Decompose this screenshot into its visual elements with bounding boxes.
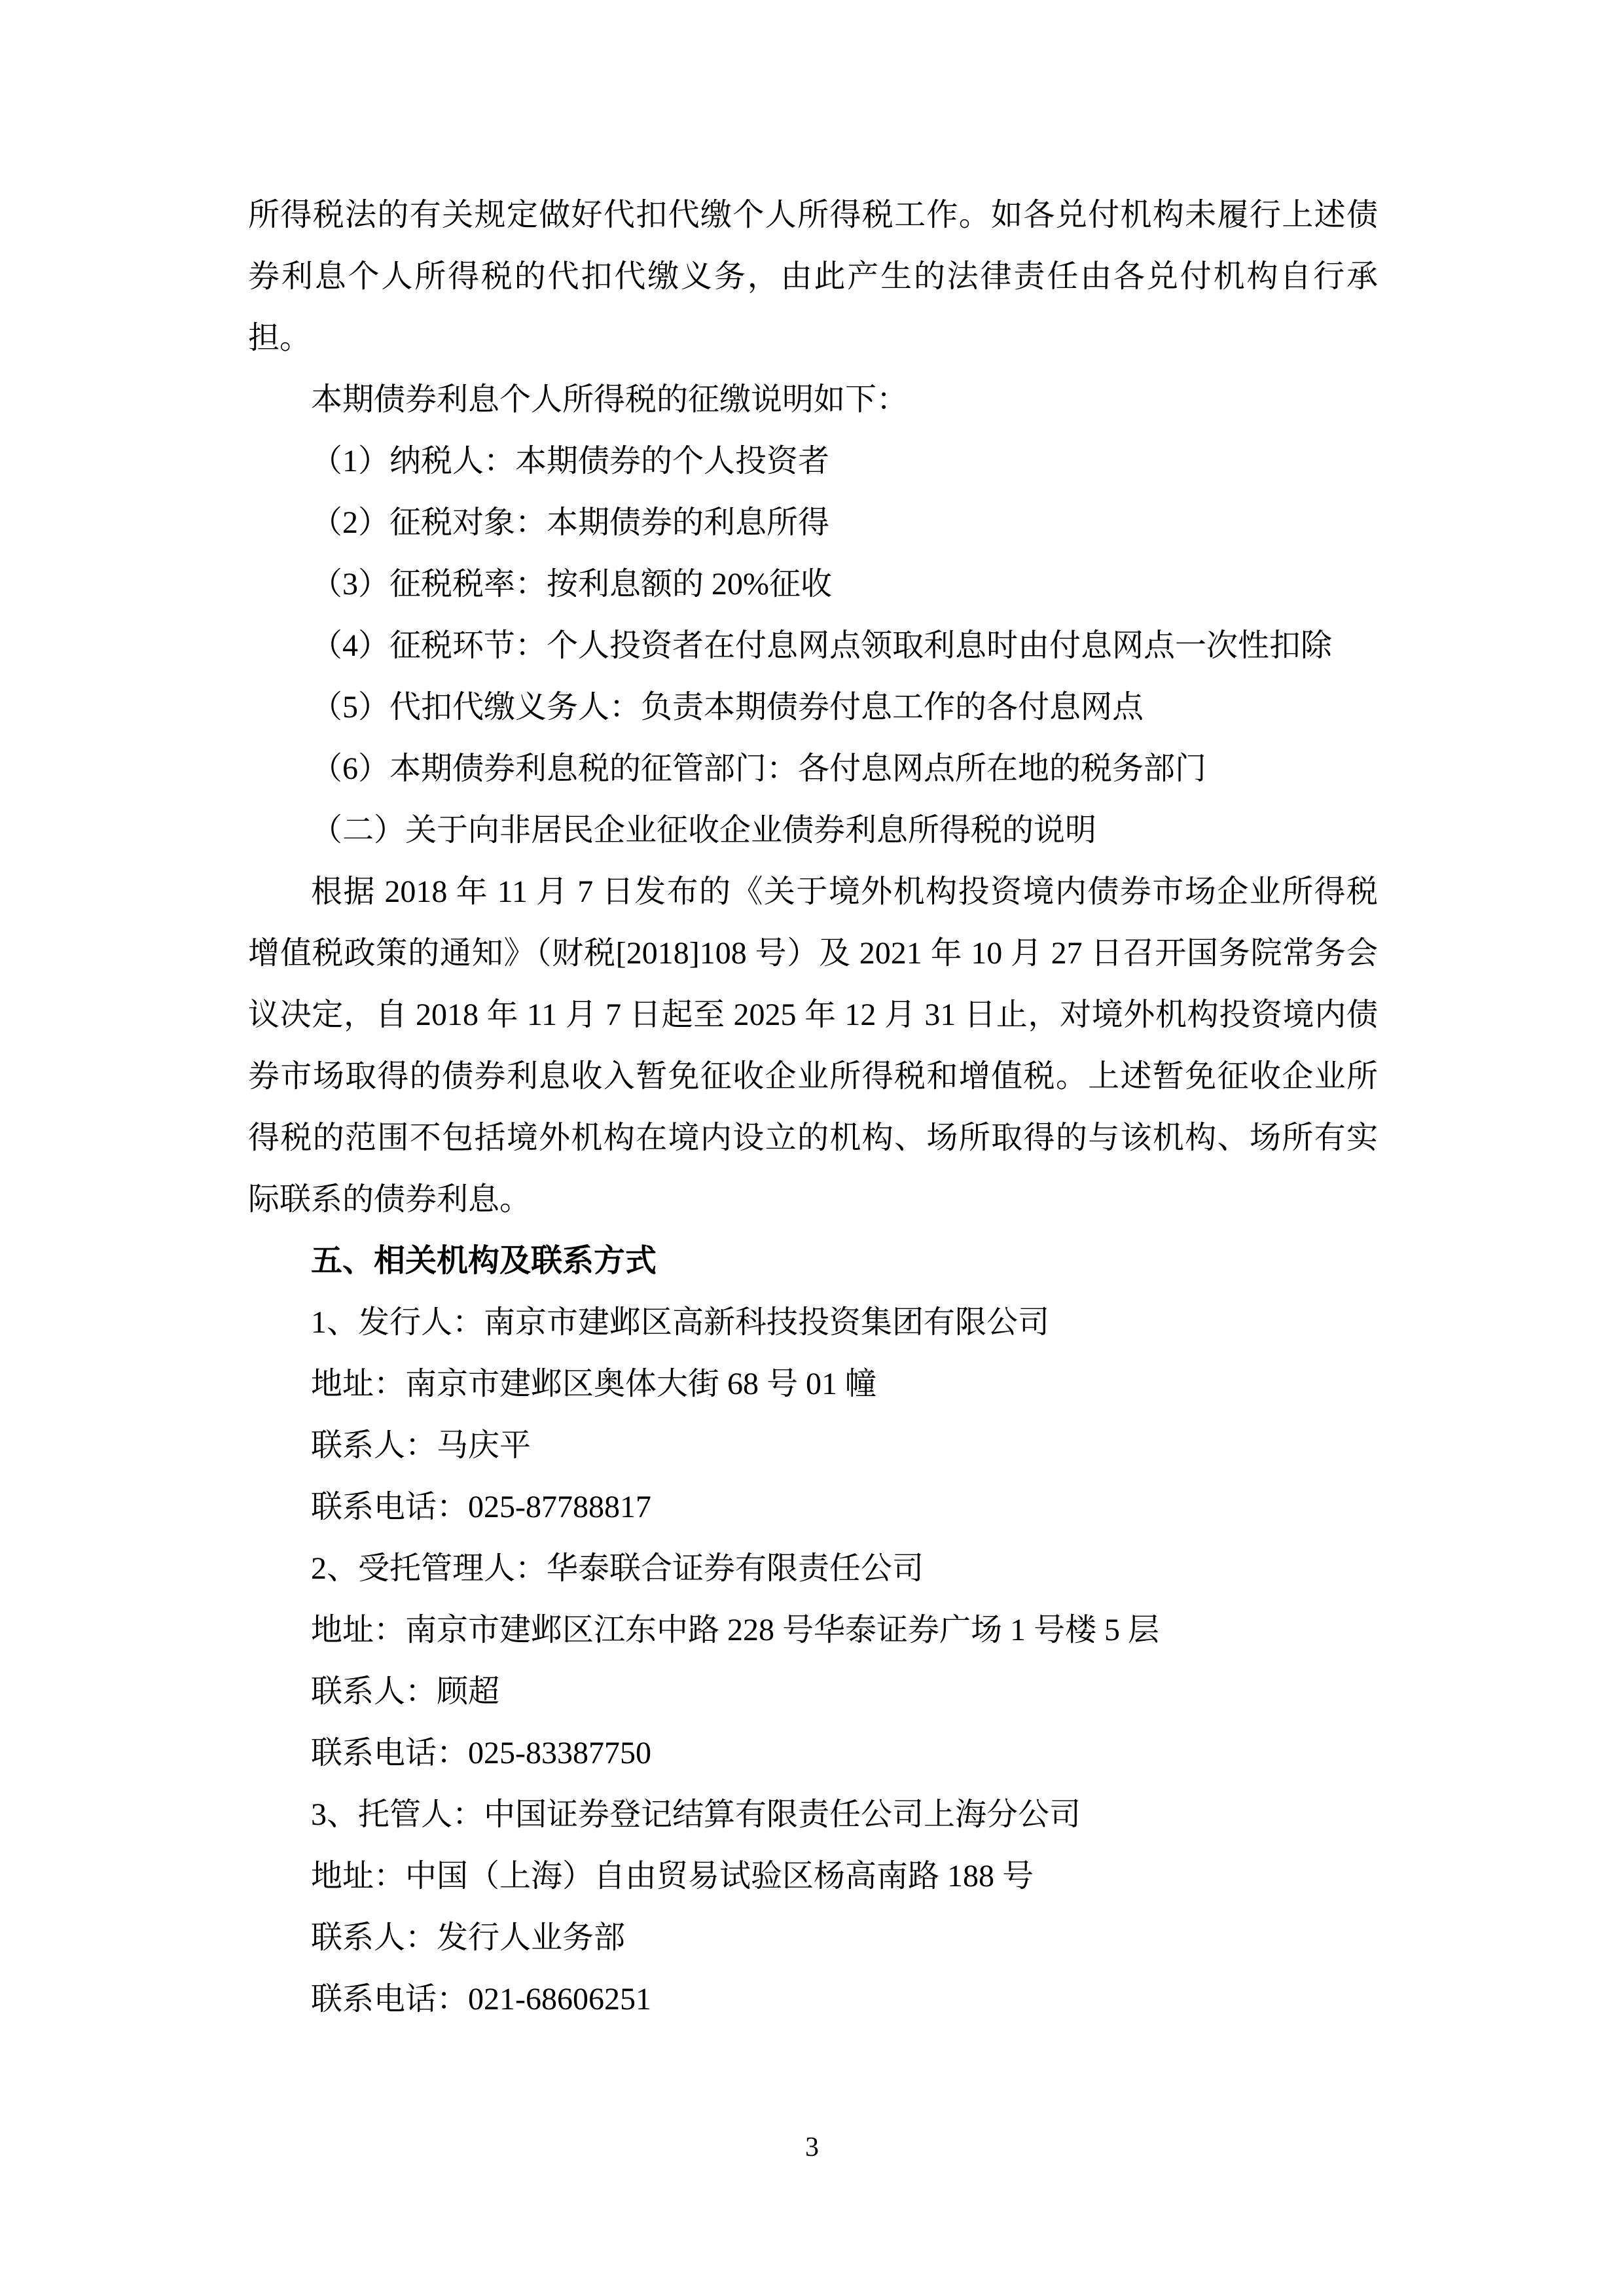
paragraph: 所得税法的有关规定做好代扣代缴个人所得税工作。如各兑付机构未履行上述债券利息个人… xyxy=(248,185,1378,369)
paragraph: 联系人：马庆平 xyxy=(248,1415,1378,1477)
paragraph: 联系电话：025-87788817 xyxy=(248,1477,1378,1538)
paragraph: 3、托管人：中国证券登记结算有限责任公司上海分公司 xyxy=(248,1784,1378,1846)
paragraph: （6）本期债券利息税的征管部门：各付息网点所在地的税务部门 xyxy=(248,738,1378,800)
document-page: 所得税法的有关规定做好代扣代缴个人所得税工作。如各兑付机构未履行上述债券利息个人… xyxy=(0,0,1624,2296)
paragraph: （1）纳税人：本期债券的个人投资者 xyxy=(248,431,1378,492)
section-heading: 五、相关机构及联系方式 xyxy=(248,1230,1378,1292)
document-body: 所得税法的有关规定做好代扣代缴个人所得税工作。如各兑付机构未履行上述债券利息个人… xyxy=(248,185,1378,2030)
paragraph: 地址：南京市建邺区江东中路 228 号华泰证券广场 1 号楼 5 层 xyxy=(248,1600,1378,1661)
paragraph: （2）征税对象：本期债券的利息所得 xyxy=(248,492,1378,554)
paragraph: （二）关于向非居民企业征收企业债券利息所得税的说明 xyxy=(248,800,1378,861)
paragraph: 本期债券利息个人所得税的征缴说明如下： xyxy=(248,369,1378,431)
paragraph: 联系电话：021-68606251 xyxy=(248,1969,1378,2030)
paragraph: 联系人：顾超 xyxy=(248,1661,1378,1723)
paragraph: 地址：中国（上海）自由贸易试验区杨高南路 188 号 xyxy=(248,1846,1378,1907)
paragraph: 1、发行人：南京市建邺区高新科技投资集团有限公司 xyxy=(248,1292,1378,1354)
paragraph: 地址：南京市建邺区奥体大街 68 号 01 幢 xyxy=(248,1354,1378,1415)
paragraph: 2、受托管理人：华泰联合证券有限责任公司 xyxy=(248,1538,1378,1600)
paragraph: （5）代扣代缴义务人：负责本期债券付息工作的各付息网点 xyxy=(248,677,1378,738)
paragraph: 联系电话：025-83387750 xyxy=(248,1723,1378,1784)
paragraph: 根据 2018 年 11 月 7 日发布的《关于境外机构投资境内债券市场企业所得… xyxy=(248,861,1378,1230)
paragraph: 联系人：发行人业务部 xyxy=(248,1907,1378,1969)
paragraph: （4）征税环节：个人投资者在付息网点领取利息时由付息网点一次性扣除 xyxy=(248,615,1378,677)
page-number: 3 xyxy=(0,2131,1624,2164)
paragraph: （3）征税税率：按利息额的 20%征收 xyxy=(248,554,1378,615)
